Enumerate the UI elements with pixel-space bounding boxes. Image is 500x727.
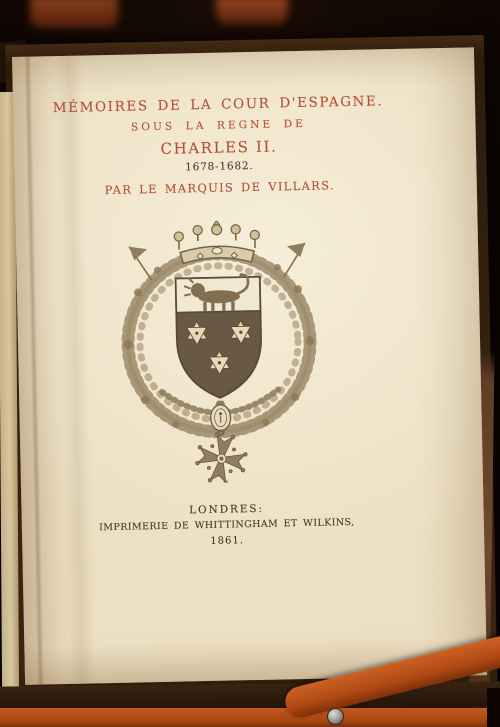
wood-shelf-edge-left bbox=[30, 0, 118, 28]
book-photograph: MÉMOIRES DE LA COUR D'ESPAGNE. SOUS LA R… bbox=[0, 0, 500, 727]
title-page: MÉMOIRES DE LA COUR D'ESPAGNE. SOUS LA R… bbox=[12, 47, 487, 685]
maltese-cross-icon bbox=[193, 430, 250, 484]
stand-screw bbox=[327, 708, 344, 725]
armorial-shield-icon bbox=[176, 273, 263, 399]
trophy-flag-right-icon bbox=[283, 243, 306, 277]
imprint-block: LONDRES: IMPRIMERIE DE WHITTINGHAM ET WI… bbox=[21, 499, 432, 552]
corner-shadow bbox=[487, 688, 500, 727]
wood-shelf-edge-right bbox=[216, 0, 288, 24]
imprint-year: 1861. bbox=[22, 531, 432, 552]
book-stand-bar bbox=[0, 708, 500, 727]
reign-line: SOUS LA REGNE DE bbox=[13, 116, 423, 137]
coat-of-arms-engraving bbox=[116, 219, 321, 485]
title-block: MÉMOIRES DE LA COUR D'ESPAGNE. SOUS LA R… bbox=[13, 92, 425, 200]
author-line: PAR LE MARQUIS DE VILLARS. bbox=[15, 178, 425, 200]
marquis-coronet-icon bbox=[174, 220, 260, 264]
trophy-flag-left-icon bbox=[129, 246, 152, 280]
